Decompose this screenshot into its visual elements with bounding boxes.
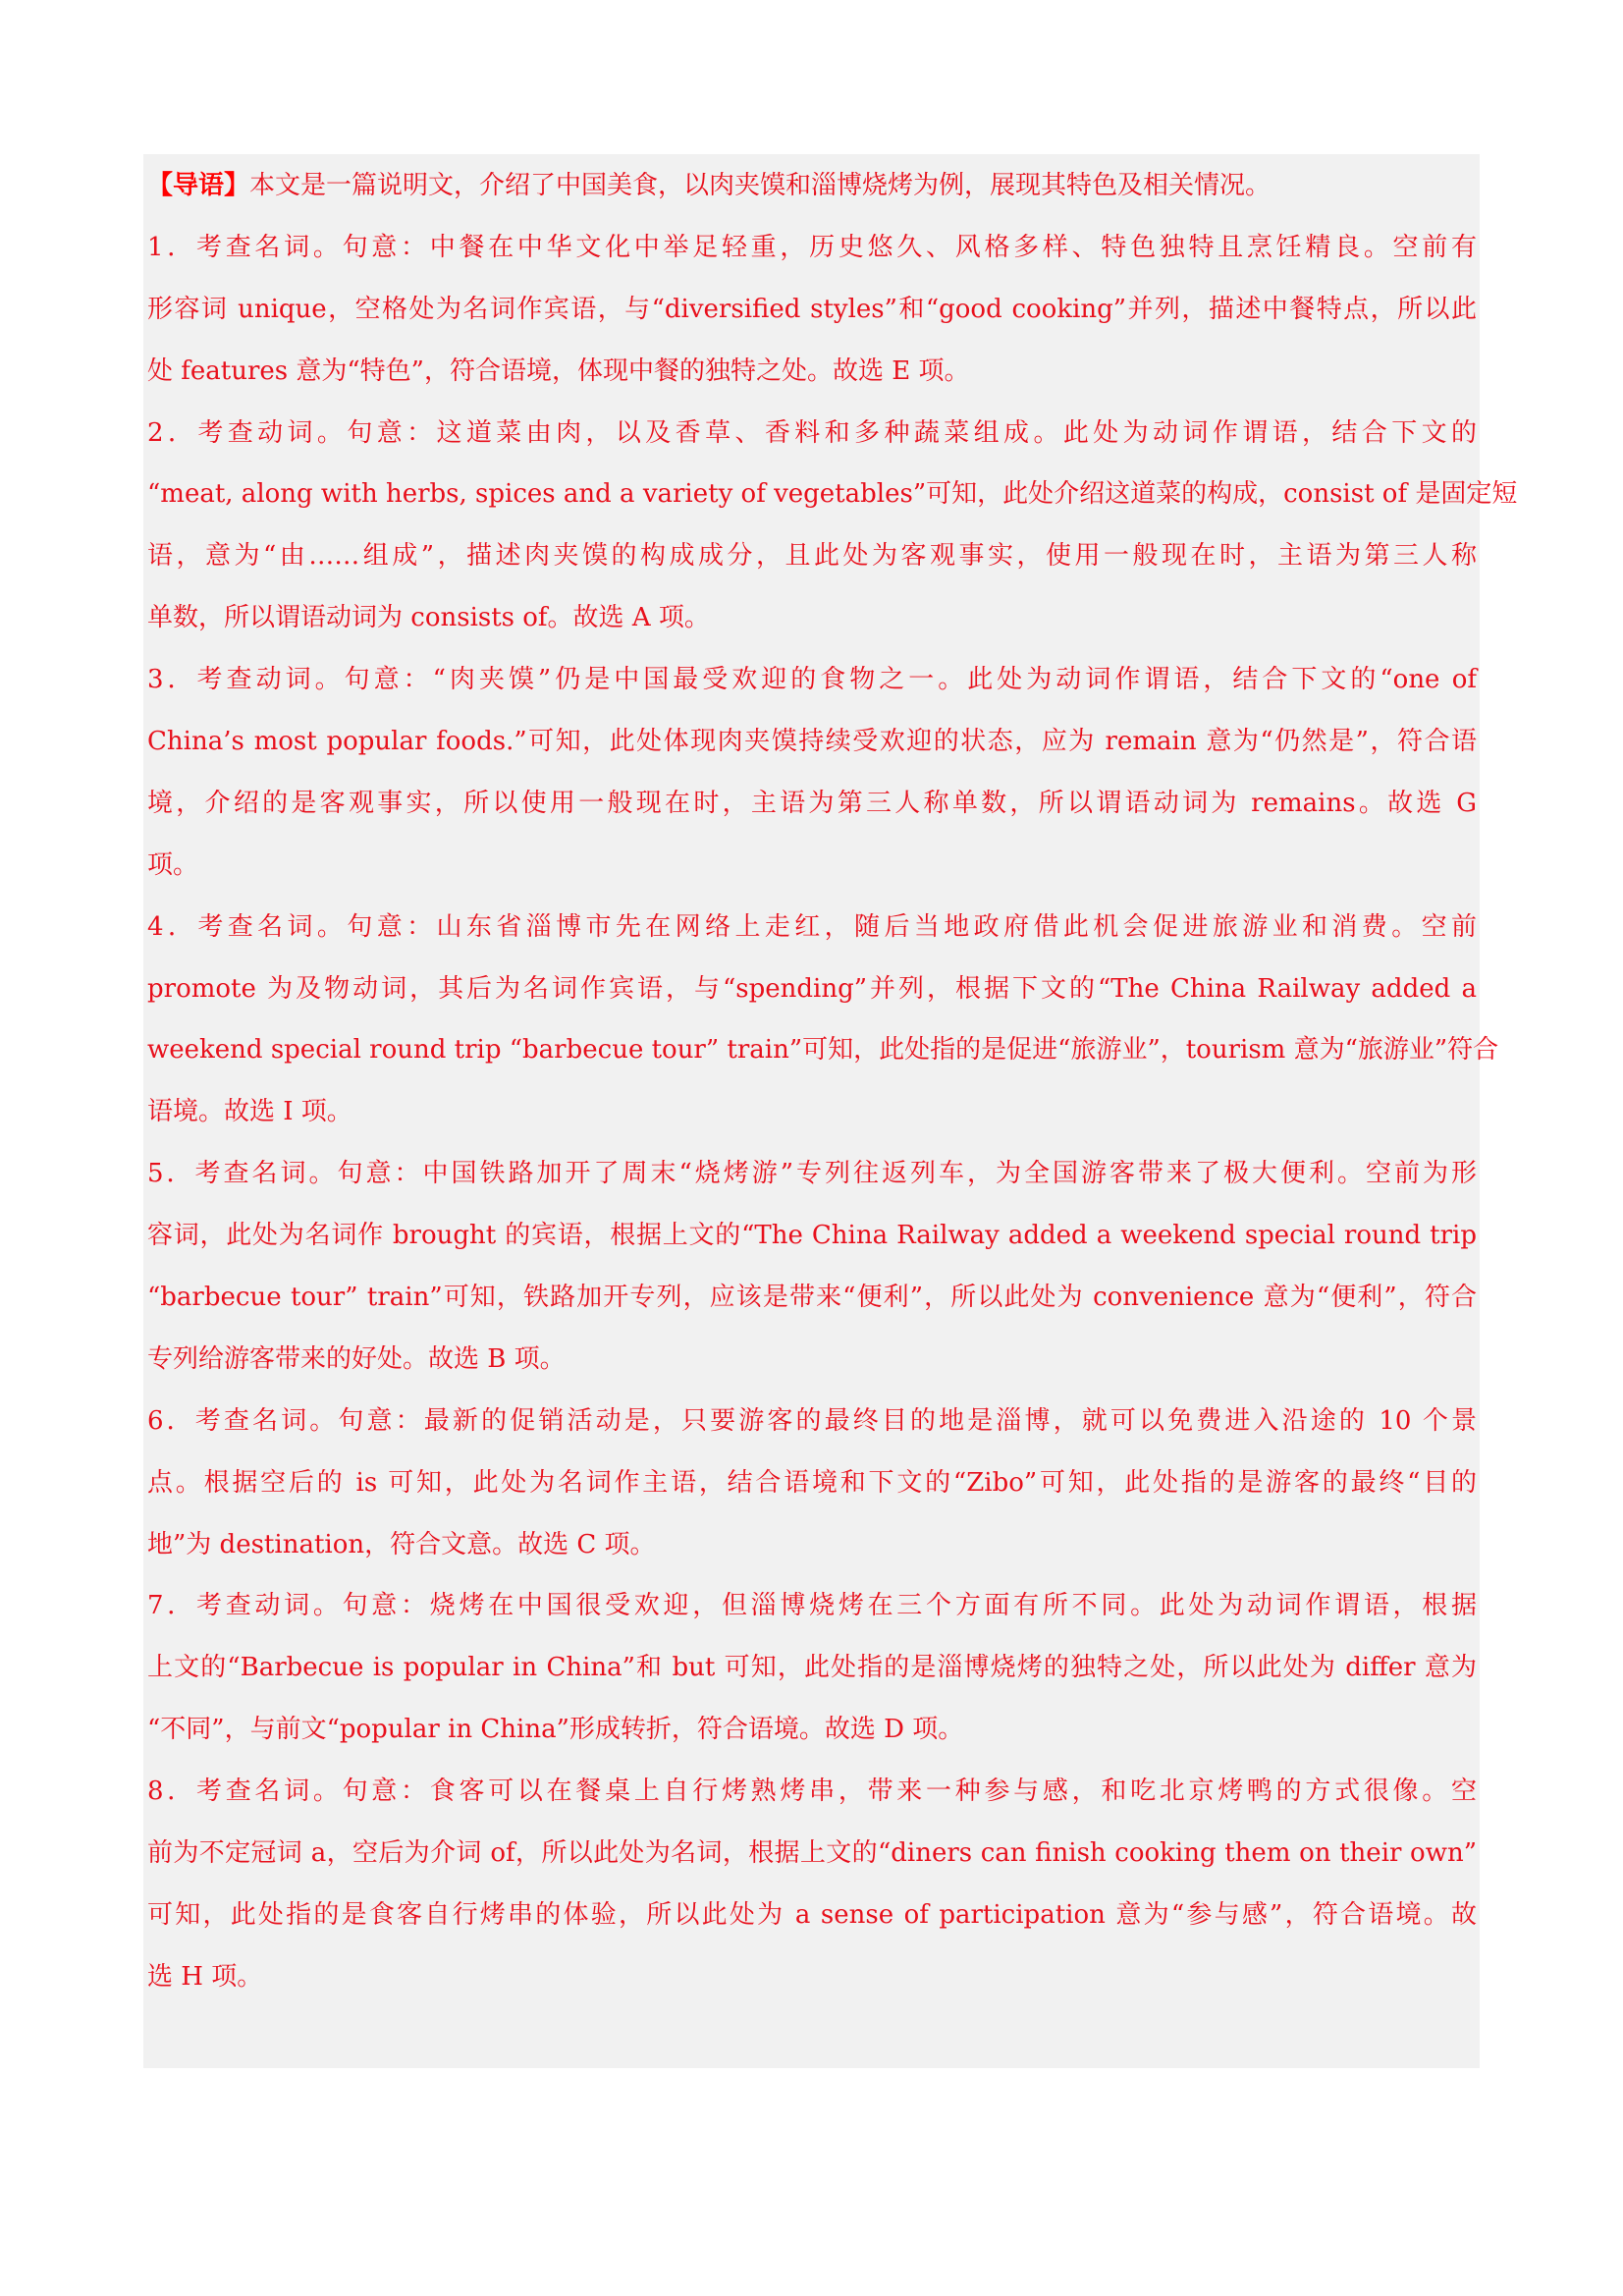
item-line: 2．考查动词。句意：这道菜由肉，以及香草、香料和多种蔬菜组成。此处为动词作谓语，… — [147, 403, 1477, 465]
item-line: 点。根据空后的 is 可知，此处为名词作主语，结合语境和下文的“Zibo”可知，… — [147, 1452, 1477, 1514]
item-line: promote 为及物动词，其后为名词作宾语，与“spending”并列，根据下… — [147, 958, 1477, 1020]
item-line: weekend special round trip “barbecue tou… — [147, 1019, 1477, 1081]
answer-explanation-panel: 【导语】本文是一篇说明文，介绍了中国美食，以肉夹馍和淄博烧烤为例，展现其特色及相… — [143, 154, 1480, 2068]
item-line: 前为不定冠词 a，空后为介词 of，所以此处为名词，根据上文的“diners c… — [147, 1823, 1477, 1885]
item-line: 专列给游客带来的好处。故选 B 项。 — [147, 1329, 1477, 1391]
item-line: 7．考查动词。句意：烧烤在中国很受欢迎，但淄博烧烤在三个方面有所不同。此处为动词… — [147, 1575, 1477, 1637]
item-line: 3．考查动词。句意：“肉夹馍”仍是中国最受欢迎的食物之一。此处为动词作谓语，结合… — [147, 649, 1477, 711]
item-line: 上文的“Barbecue is popular in China”和 but 可… — [147, 1637, 1477, 1699]
item-line: “不同”，与前文“popular in China”形成转折，符合语境。故选 D… — [147, 1699, 1477, 1761]
item-line: 4．考查名词。句意：山东省淄博市先在网络上走红，随后当地政府借此机会促进旅游业和… — [147, 897, 1477, 958]
item-line: “meat, along with herbs, spices and a va… — [147, 464, 1477, 525]
intro-tag: 【导语】 — [147, 171, 249, 200]
item-line: 可知，此处指的是食客自行烤串的体验，所以此处为 a sense of parti… — [147, 1885, 1477, 1946]
item-8: 8．考查名词。句意：食客可以在餐桌上自行烤熟烤串，带来一种参与感，和吃北京烤鸭的… — [147, 1761, 1477, 2008]
item-1: 1．考查名词。句意：中餐在中华文化中举足轻重，历史悠久、风格多样、特色独特且烹饪… — [147, 217, 1477, 403]
item-line: China’s most popular foods.”可知，此处体现肉夹馍持续… — [147, 711, 1477, 773]
item-line: 8．考查名词。句意：食客可以在餐桌上自行烤熟烤串，带来一种参与感，和吃北京烤鸭的… — [147, 1761, 1477, 1823]
item-line: 选 H 项。 — [147, 1946, 1477, 2008]
intro-text: 本文是一篇说明文，介绍了中国美食，以肉夹馍和淄博烧烤为例，展现其特色及相关情况。 — [249, 171, 1271, 200]
item-line: 地”为 destination，符合文意。故选 C 项。 — [147, 1514, 1477, 1576]
item-line: 容词，此处为名词作 brought 的宾语，根据上文的“The China Ra… — [147, 1205, 1477, 1267]
item-2: 2．考查动词。句意：这道菜由肉，以及香草、香料和多种蔬菜组成。此处为动词作谓语，… — [147, 403, 1477, 650]
item-4: 4．考查名词。句意：山东省淄博市先在网络上走红，随后当地政府借此机会促进旅游业和… — [147, 897, 1477, 1144]
item-line: 境，介绍的是客观事实，所以使用一般现在时，主语为第三人称单数，所以谓语动词为 r… — [147, 773, 1477, 835]
item-line: 形容词 unique，空格处为名词作宾语，与“diversified style… — [147, 279, 1477, 341]
item-line: “barbecue tour” train”可知，铁路加开专列，应该是带来“便利… — [147, 1267, 1477, 1329]
item-line: 语，意为“由……组成”，描述肉夹馍的构成成分，且此处为客观事实，使用一般现在时，… — [147, 525, 1477, 587]
item-3: 3．考查动词。句意：“肉夹馍”仍是中国最受欢迎的食物之一。此处为动词作谓语，结合… — [147, 649, 1477, 897]
item-5: 5．考查名词。句意：中国铁路加开了周末“烧烤游”专列往返列车，为全国游客带来了极… — [147, 1143, 1477, 1391]
item-line: 5．考查名词。句意：中国铁路加开了周末“烧烤游”专列往返列车，为全国游客带来了极… — [147, 1143, 1477, 1205]
explanation-content: 【导语】本文是一篇说明文，介绍了中国美食，以肉夹馍和淄博烧烤为例，展现其特色及相… — [147, 155, 1477, 2008]
item-6: 6．考查名词。句意：最新的促销活动是，只要游客的最终目的地是淄博，就可以免费进入… — [147, 1391, 1477, 1576]
item-line: 单数，所以谓语动词为 consists of。故选 A 项。 — [147, 587, 1477, 649]
item-7: 7．考查动词。句意：烧烤在中国很受欢迎，但淄博烧烤在三个方面有所不同。此处为动词… — [147, 1575, 1477, 1761]
item-line: 语境。故选 I 项。 — [147, 1081, 1477, 1143]
item-line: 处 features 意为“特色”，符合语境，体现中餐的独特之处。故选 E 项。 — [147, 341, 1477, 403]
item-line: 项。 — [147, 835, 1477, 897]
item-line: 6．考查名词。句意：最新的促销活动是，只要游客的最终目的地是淄博，就可以免费进入… — [147, 1391, 1477, 1452]
item-line: 1．考查名词。句意：中餐在中华文化中举足轻重，历史悠久、风格多样、特色独特且烹饪… — [147, 217, 1477, 279]
intro-line: 【导语】本文是一篇说明文，介绍了中国美食，以肉夹馍和淄博烧烤为例，展现其特色及相… — [147, 155, 1477, 217]
